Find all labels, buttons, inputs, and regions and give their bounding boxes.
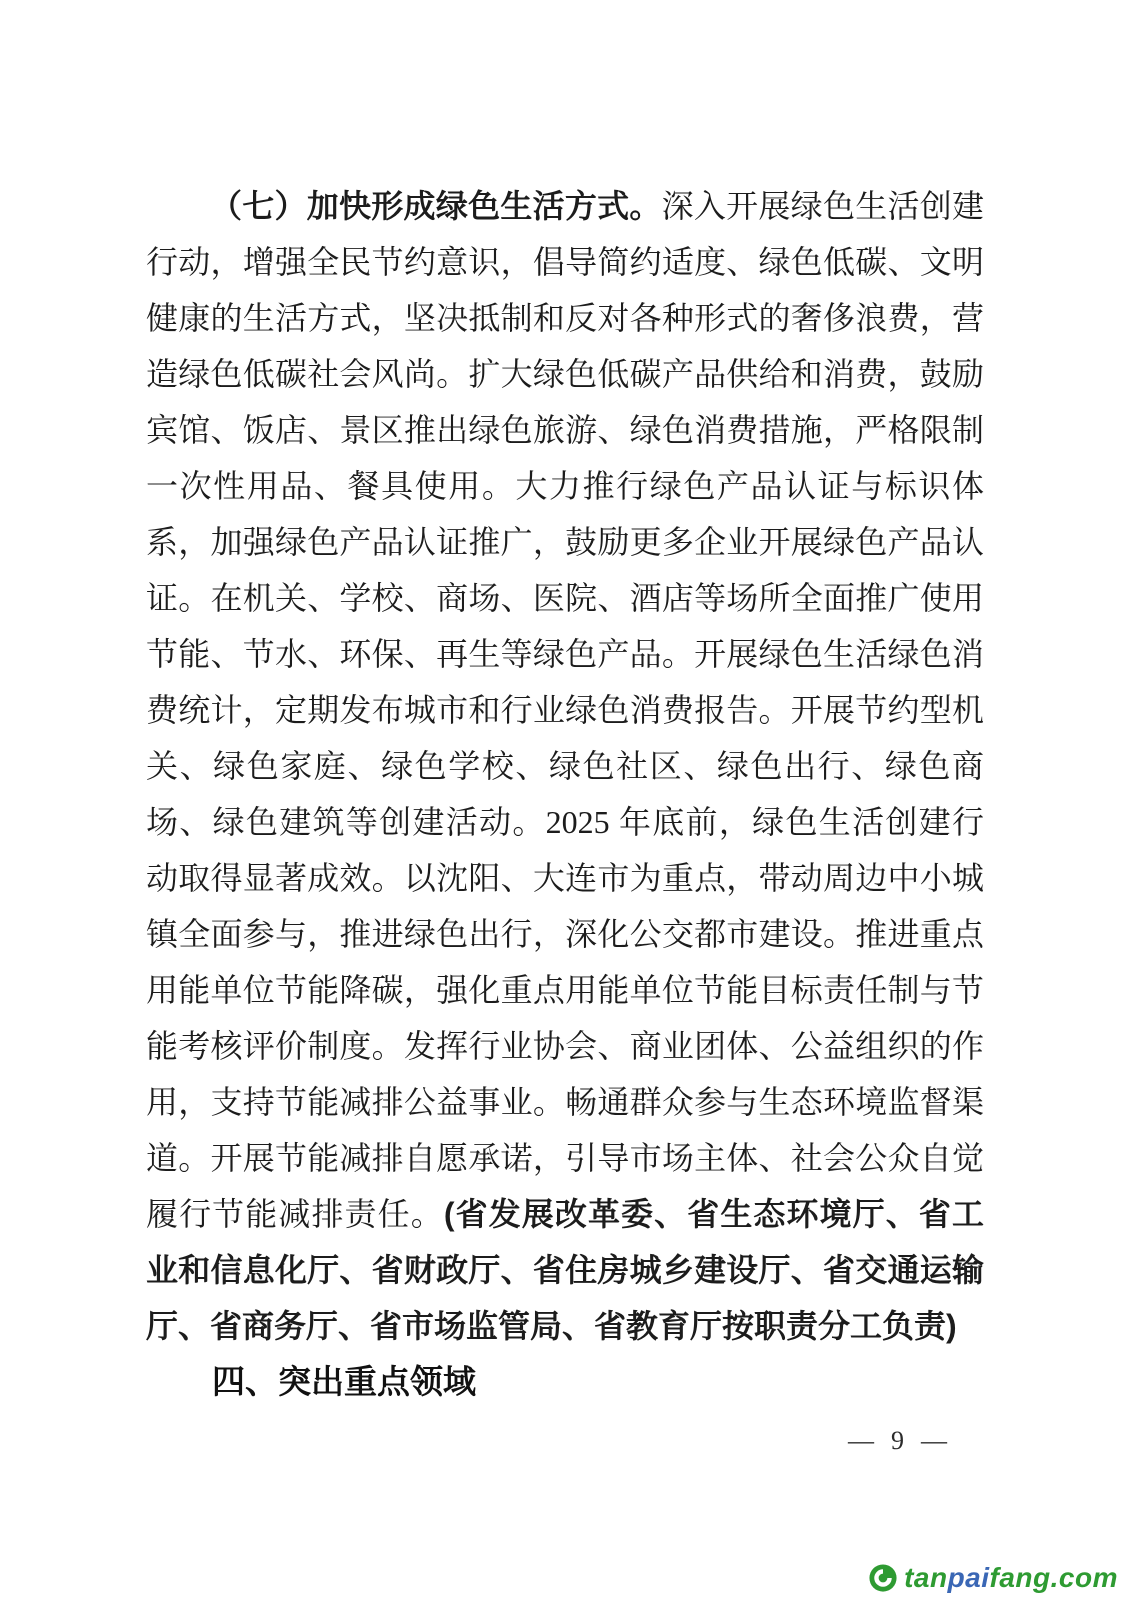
watermark-text-fangcom: fang.com [990,1562,1118,1593]
page-number-dash-right: — [921,1426,947,1456]
paragraph-heading: （七）加快形成绿色生活方式。 [210,188,662,224]
page-number-value: 9 [891,1426,904,1456]
watermark-text-tan: tan [904,1562,948,1593]
section-heading: 四、突出重点领域 [146,1354,984,1410]
tanpaifang-logo-icon [869,1564,897,1592]
paragraph-section-7: （七）加快形成绿色生活方式。深入开展绿色生活创建行动，增强全民节约意识，倡导简约… [146,178,984,1354]
site-watermark: tanpaifang.com [869,1562,1118,1594]
document-body: （七）加快形成绿色生活方式。深入开展绿色生活创建行动，增强全民节约意识，倡导简约… [146,178,984,1410]
paragraph-body-text: 深入开展绿色生活创建行动，增强全民节约意识，倡导简约适度、绿色低碳、文明健康的生… [146,188,984,1232]
document-page: （七）加快形成绿色生活方式。深入开展绿色生活创建行动，增强全民节约意识，倡导简约… [0,0,1131,1600]
watermark-text: tanpaifang.com [904,1562,1118,1594]
watermark-text-pai: pai [948,1562,990,1593]
page-number: — 9 — [848,1426,947,1456]
page-number-dash-left: — [848,1426,874,1456]
